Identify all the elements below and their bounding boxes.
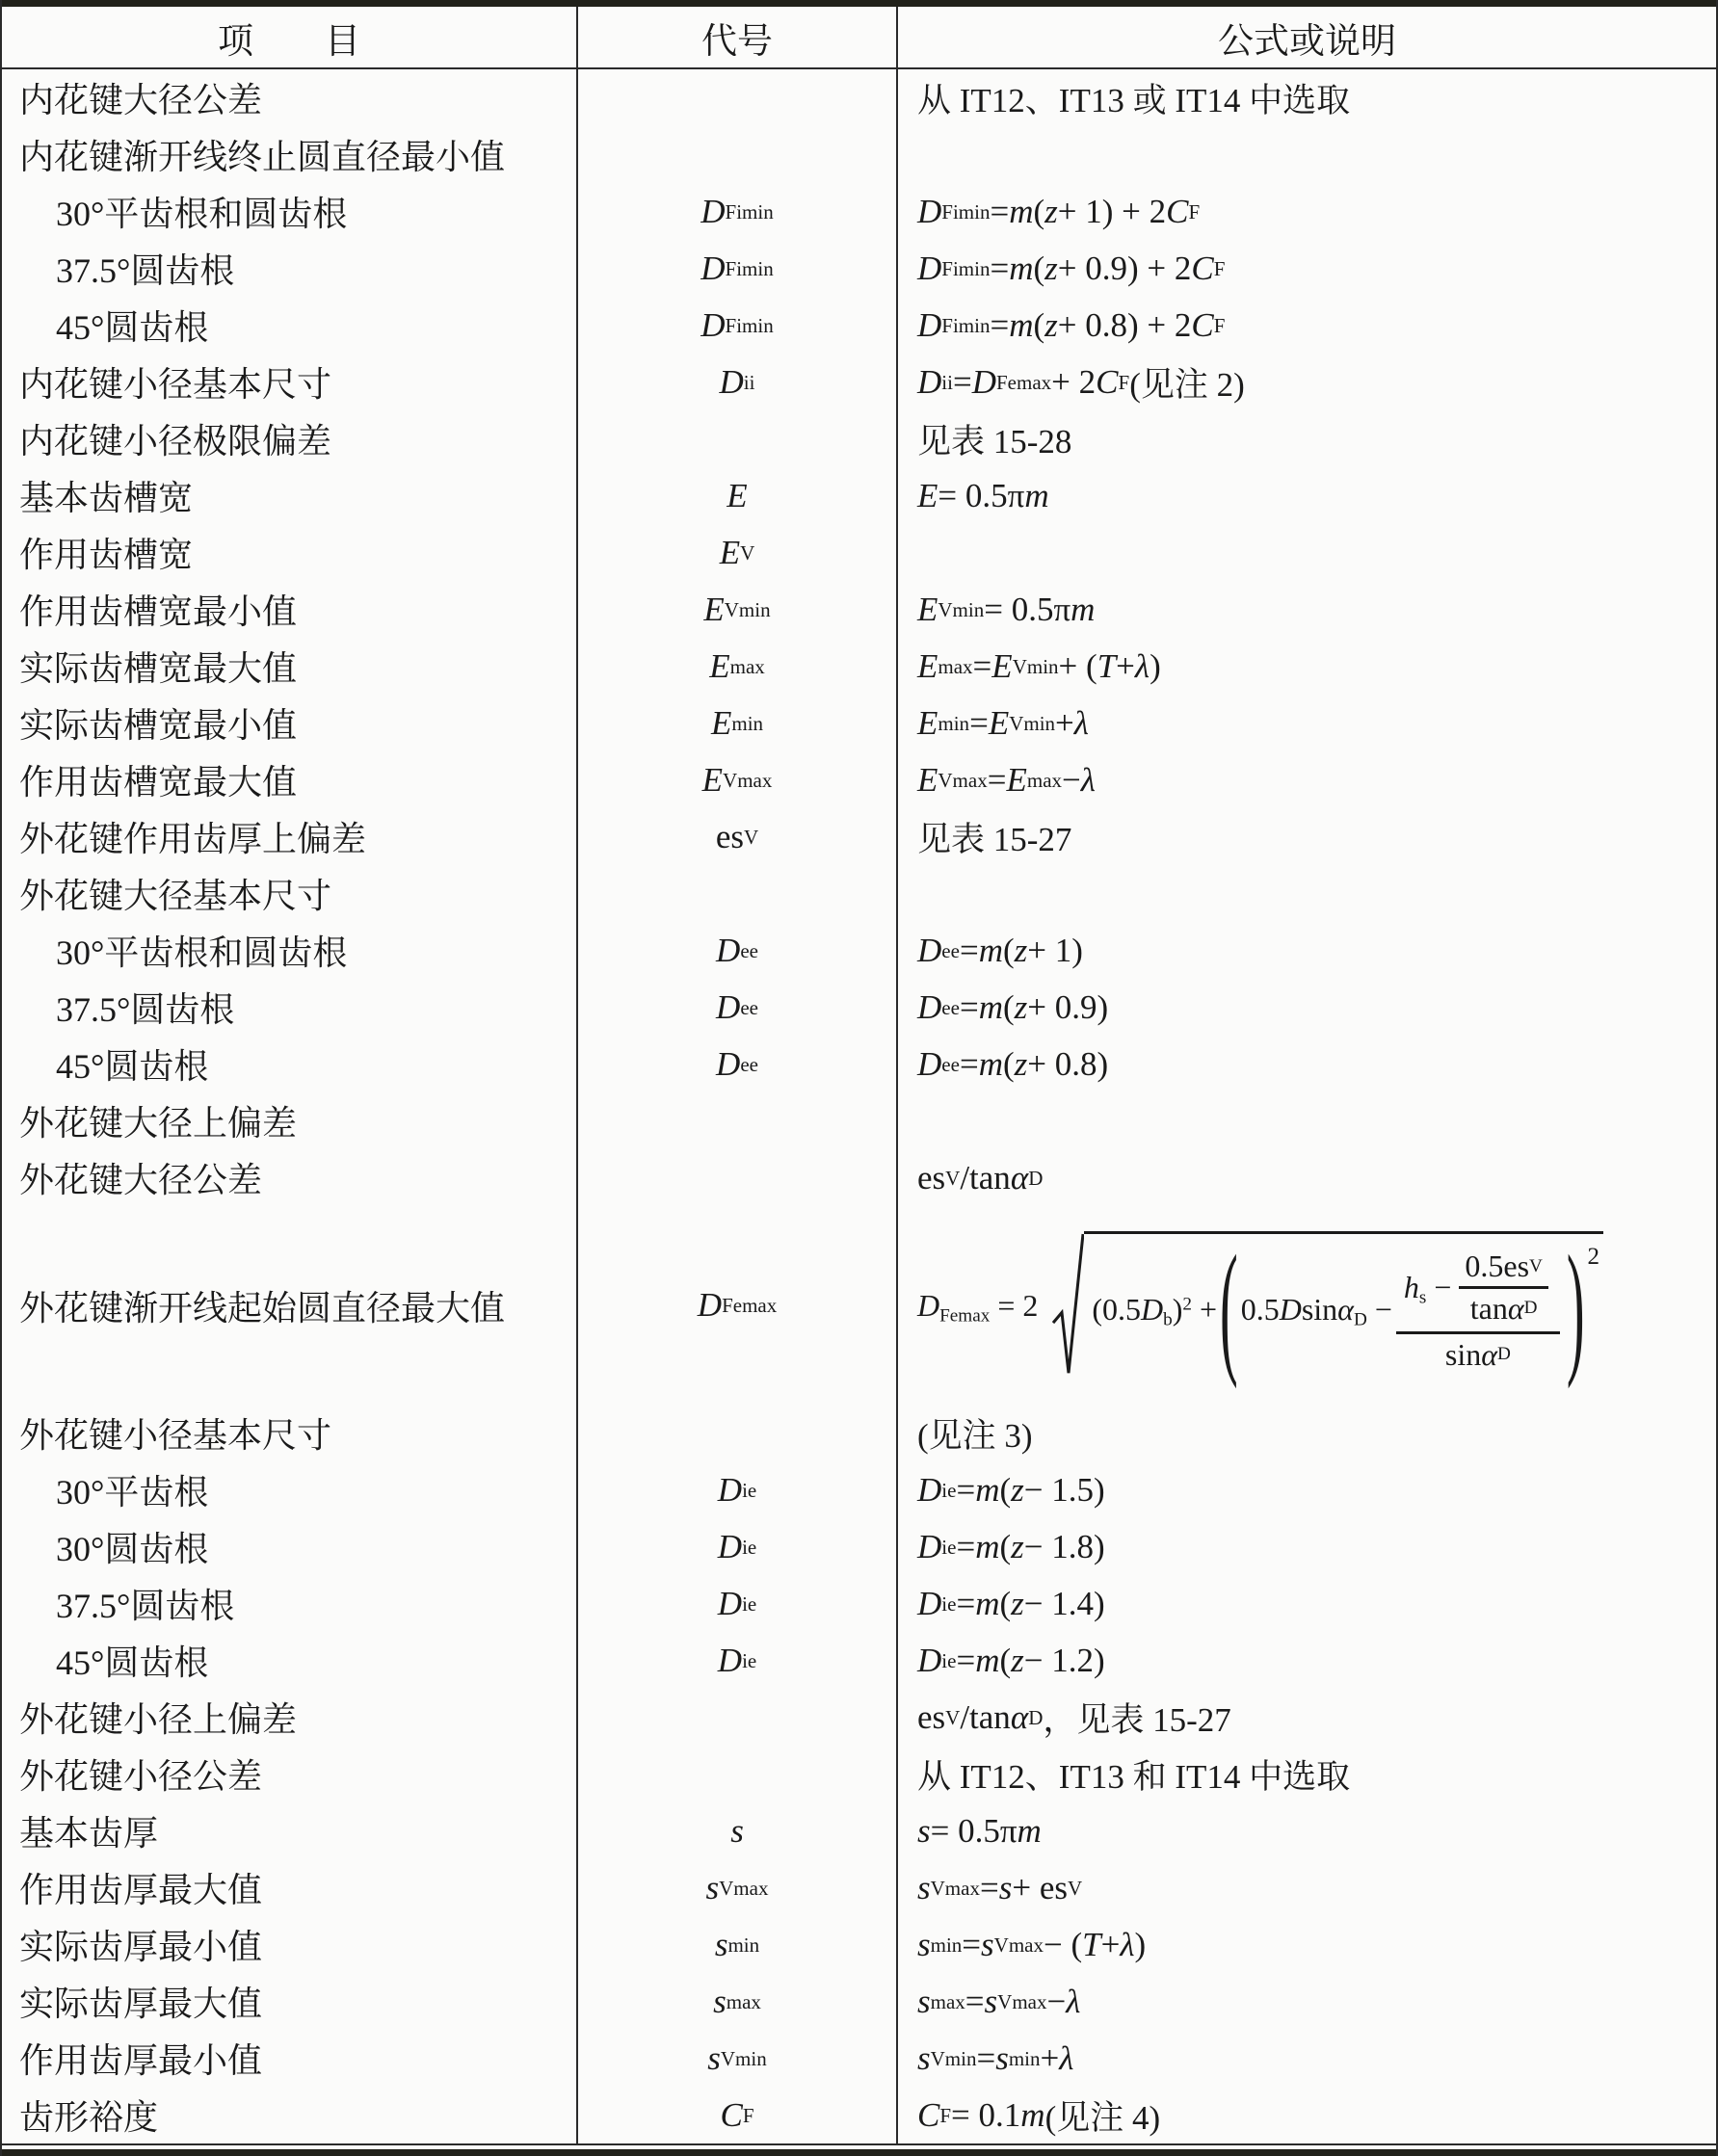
numerator-lead: hs − (1404, 1270, 1452, 1305)
symbol-cell: E (578, 467, 898, 524)
item-cell: 内花键小径基本尺寸 (2, 354, 578, 410)
symbol-cell (578, 1149, 898, 1206)
symbol-cell: smin (578, 1916, 898, 1973)
table-row: 37.5°圆齿根 Dee Dee = m(z + 0.9) (2, 979, 1716, 1036)
table-row: 内花键小径极限偏差 见表 15-28 (2, 410, 1716, 467)
formula-cell: DFimin = m(z + 1) + 2CF (898, 183, 1716, 240)
table-row: 30°圆齿根 Die Die = m(z − 1.8) (2, 1518, 1716, 1575)
radicand: (0.5Db)2 + ( 0.5DsinαD − hs − 0.5esV tan… (1084, 1231, 1603, 1379)
column-header-formula: 公式或说明 (898, 7, 1716, 67)
symbol-cell: DFimin (578, 183, 898, 240)
symbol-cell: DFimin (578, 240, 898, 297)
table-row: 37.5°圆齿根 Die Die = m(z − 1.4) (2, 1575, 1716, 1632)
formula-cell: DFemax = 2 (0.5Db)2 + ( 0.5DsinαD − hs −… (898, 1206, 1716, 1405)
symbol-cell: Dii (578, 354, 898, 410)
formula-cell: s = 0.5πm (898, 1802, 1716, 1859)
formula-cell: DFimin = m(z + 0.9) + 2CF (898, 240, 1716, 297)
symbol-cell (578, 1689, 898, 1746)
symbol-cell: sVmin (578, 2030, 898, 2087)
symbol-cell: Die (578, 1518, 898, 1575)
formula-cell: DFimin = m(z + 0.8) + 2CF (898, 297, 1716, 354)
outer-fraction: hs − 0.5esV tanαD sinαD (1396, 1244, 1560, 1375)
item-cell: 作用齿槽宽最小值 (2, 581, 578, 638)
item-cell: 外花键作用齿厚上偏差 (2, 808, 578, 865)
item-cell: 外花键大径公差 (2, 1149, 578, 1206)
bottom-thin-line (2, 2143, 1716, 2145)
item-cell: 作用齿厚最小值 (2, 2030, 578, 2087)
symbol-cell (578, 1405, 898, 1461)
item-cell: 37.5°圆齿根 (2, 979, 578, 1036)
spline-parameters-table: 项 目 代号 公式或说明 内花键大径公差 从 IT12、IT13 或 IT14 … (0, 0, 1718, 2156)
item-cell: 基本齿槽宽 (2, 467, 578, 524)
open-paren: ( (1220, 1235, 1238, 1383)
symbol-cell: EV (578, 524, 898, 581)
formula-cell: Dee = m(z + 0.8) (898, 1036, 1716, 1092)
item-cell: 30°平齿根和圆齿根 (2, 183, 578, 240)
table-row: 45°圆齿根 Dee Dee = m(z + 0.8) (2, 1036, 1716, 1092)
symbol-cell: Emax (578, 638, 898, 695)
table-row: 内花键大径公差 从 IT12、IT13 或 IT14 中选取 (2, 69, 1716, 126)
item-cell: 实际齿槽宽最小值 (2, 695, 578, 751)
nested-fraction-denominator: tanαD (1459, 1286, 1548, 1328)
table-row: 实际齿槽宽最小值 Emin Emin = EVmin + λ (2, 695, 1716, 751)
table-header: 项 目 代号 公式或说明 (2, 7, 1716, 69)
item-cell: 30°平齿根 (2, 1461, 578, 1518)
item-cell: 37.5°圆齿根 (2, 240, 578, 297)
formula-cell: esV/tanαD (898, 1149, 1716, 1206)
formula-lhs: DFemax = 2 (917, 1288, 1038, 1324)
symbol-cell: Dee (578, 979, 898, 1036)
formula-cell: sVmin = smin + λ (898, 2030, 1716, 2087)
table-row: 实际齿槽宽最大值 Emax Emax = EVmin + (T + λ) (2, 638, 1716, 695)
formula-cell: smin = sVmax − (T + λ) (898, 1916, 1716, 1973)
formula-cell: 见表 15-28 (898, 410, 1716, 467)
formula-cell: 从 IT12、IT13 或 IT14 中选取 (898, 69, 1716, 126)
outer-fraction-denominator: sinαD (1396, 1331, 1560, 1376)
item-cell: 外花键小径上偏差 (2, 1689, 578, 1746)
item-cell: 实际齿厚最小值 (2, 1916, 578, 1973)
symbol-cell (578, 410, 898, 467)
formula-cell: Die = m(z − 1.4) (898, 1575, 1716, 1632)
item-cell: 37.5°圆齿根 (2, 1575, 578, 1632)
formula-cell: Emin = EVmin + λ (898, 695, 1716, 751)
table-bottom-rule (2, 2143, 1716, 2156)
symbol-cell: DFemax (578, 1206, 898, 1405)
table-top-rule (2, 0, 1716, 7)
symbol-cell: esV (578, 808, 898, 865)
item-cell: 30°平齿根和圆齿根 (2, 922, 578, 979)
symbol-cell: Dee (578, 1036, 898, 1092)
radical-sign-icon (1051, 1231, 1084, 1379)
nested-fraction-numerator: 0.5esV (1459, 1247, 1548, 1286)
close-paren: ) (1567, 1235, 1585, 1383)
table-row: 作用齿槽宽最大值 EVmax EVmax = Emax − λ (2, 751, 1716, 808)
table-row: 30°平齿根 Die Die = m(z − 1.5) (2, 1461, 1716, 1518)
formula-cell: smax = sVmax − λ (898, 1973, 1716, 2030)
symbol-cell (578, 69, 898, 126)
formula-cell: EVmin = 0.5πm (898, 581, 1716, 638)
table-row: 外花键大径上偏差 (2, 1092, 1716, 1149)
symbol-cell: Dee (578, 922, 898, 979)
item-cell: 内花键小径极限偏差 (2, 410, 578, 467)
formula-cell (898, 1092, 1716, 1149)
symbol-cell: Die (578, 1461, 898, 1518)
table-row: 45°圆齿根 Die Die = m(z − 1.2) (2, 1632, 1716, 1689)
formula-cell: Dee = m(z + 0.9) (898, 979, 1716, 1036)
term-db-squared: (0.5Db)2 + (1092, 1292, 1217, 1328)
item-cell: 外花键大径上偏差 (2, 1092, 578, 1149)
symbol-cell: EVmax (578, 751, 898, 808)
item-cell: 45°圆齿根 (2, 1036, 578, 1092)
formula-cell: E = 0.5πm (898, 467, 1716, 524)
column-header-symbol: 代号 (578, 7, 898, 67)
table-row: 外花键作用齿厚上偏差 esV 见表 15-27 (2, 808, 1716, 865)
symbol-cell: DFimin (578, 297, 898, 354)
table-row: 外花键大径基本尺寸 (2, 865, 1716, 922)
table-row: 内花键渐开线终止圆直径最小值 (2, 126, 1716, 183)
inner-expression: 0.5DsinαD − hs − 0.5esV tanαD sinαD (1241, 1244, 1564, 1375)
item-cell: 作用齿厚最大值 (2, 1859, 578, 1916)
table-row: 实际齿厚最小值 smin smin = sVmax − (T + λ) (2, 1916, 1716, 1973)
item-cell: 外花键小径公差 (2, 1746, 578, 1802)
formula-cell: Die = m(z − 1.8) (898, 1518, 1716, 1575)
item-cell: 外花键渐开线起始圆直径最大值 (2, 1206, 578, 1405)
table-body: 内花键大径公差 从 IT12、IT13 或 IT14 中选取 内花键渐开线终止圆… (2, 69, 1716, 2143)
formula-cell: esV/tanαD，见表 15-27 (898, 1689, 1716, 1746)
item-cell: 内花键渐开线终止圆直径最小值 (2, 126, 578, 183)
table-row: 外花键小径基本尺寸 (见注 3) (2, 1405, 1716, 1461)
item-cell: 基本齿厚 (2, 1802, 578, 1859)
table-row: 作用齿槽宽 EV (2, 524, 1716, 581)
formula-cell: sVmax = s + esV (898, 1859, 1716, 1916)
table-row: 内花键小径基本尺寸 Dii Dii = DFemax + 2CF(见注 2) (2, 354, 1716, 410)
table-row: 45°圆齿根 DFimin DFimin = m(z + 0.8) + 2CF (2, 297, 1716, 354)
item-cell: 外花键小径基本尺寸 (2, 1405, 578, 1461)
table-row: 作用齿槽宽最小值 EVmin EVmin = 0.5πm (2, 581, 1716, 638)
bottom-thick-line (2, 2149, 1716, 2156)
table-row: 30°平齿根和圆齿根 Dee Dee = m(z + 1) (2, 922, 1716, 979)
table-row: 外花键渐开线起始圆直径最大值 DFemax DFemax = 2 (0.5Db)… (2, 1206, 1716, 1405)
formula-cell: Die = m(z − 1.5) (898, 1461, 1716, 1518)
symbol-cell: Emin (578, 695, 898, 751)
item-cell: 实际齿槽宽最大值 (2, 638, 578, 695)
item-cell: 实际齿厚最大值 (2, 1973, 578, 2030)
item-cell: 齿形裕度 (2, 2087, 578, 2143)
symbol-cell: Die (578, 1632, 898, 1689)
formula-cell: Dii = DFemax + 2CF(见注 2) (898, 354, 1716, 410)
table-row: 基本齿槽宽 E E = 0.5πm (2, 467, 1716, 524)
symbol-cell: smax (578, 1973, 898, 2030)
item-cell: 作用齿槽宽 (2, 524, 578, 581)
formula-cell: EVmax = Emax − λ (898, 751, 1716, 808)
symbol-cell: Die (578, 1575, 898, 1632)
sqrt-expression: (0.5Db)2 + ( 0.5DsinαD − hs − 0.5esV tan… (1051, 1231, 1603, 1379)
table-row: 外花键大径公差 esV/tanαD (2, 1149, 1716, 1206)
formula-cell (898, 524, 1716, 581)
table-row: 实际齿厚最大值 smax smax = sVmax − λ (2, 1973, 1716, 2030)
table-row: 30°平齿根和圆齿根 DFimin DFimin = m(z + 1) + 2C… (2, 183, 1716, 240)
formula-cell: CF = 0.1m(见注 4) (898, 2087, 1716, 2143)
column-header-item: 项 目 (2, 7, 578, 67)
table-row: 外花键小径公差 从 IT12、IT13 和 IT14 中选取 (2, 1746, 1716, 1802)
formula-cell: (见注 3) (898, 1405, 1716, 1461)
formula-cell: Dee = m(z + 1) (898, 922, 1716, 979)
item-cell: 30°圆齿根 (2, 1518, 578, 1575)
symbol-cell (578, 1746, 898, 1802)
table-row: 作用齿厚最大值 sVmax sVmax = s + esV (2, 1859, 1716, 1916)
formula-cell: 见表 15-27 (898, 808, 1716, 865)
item-cell: 作用齿槽宽最大值 (2, 751, 578, 808)
big-formula: DFemax = 2 (0.5Db)2 + ( 0.5DsinαD − hs −… (917, 1231, 1603, 1379)
symbol-cell: sVmax (578, 1859, 898, 1916)
formula-cell: 从 IT12、IT13 和 IT14 中选取 (898, 1746, 1716, 1802)
formula-cell (898, 126, 1716, 183)
table-row: 外花键小径上偏差 esV/tanαD，见表 15-27 (2, 1689, 1716, 1746)
item-cell: 内花键大径公差 (2, 69, 578, 126)
symbol-cell (578, 1092, 898, 1149)
scanned-table-page: 项 目 代号 公式或说明 内花键大径公差 从 IT12、IT13 或 IT14 … (0, 0, 1718, 2156)
term-inner-lead: 0.5DsinαD − (1241, 1292, 1392, 1328)
item-cell: 45°圆齿根 (2, 297, 578, 354)
formula-cell (898, 865, 1716, 922)
symbol-cell (578, 865, 898, 922)
symbol-cell (578, 126, 898, 183)
table-row: 37.5°圆齿根 DFimin DFimin = m(z + 0.9) + 2C… (2, 240, 1716, 297)
symbol-cell: s (578, 1802, 898, 1859)
item-cell: 45°圆齿根 (2, 1632, 578, 1689)
formula-cell: Emax = EVmin + (T + λ) (898, 638, 1716, 695)
table-row: 作用齿厚最小值 sVmin sVmin = smin + λ (2, 2030, 1716, 2087)
symbol-cell: CF (578, 2087, 898, 2143)
item-cell: 外花键大径基本尺寸 (2, 865, 578, 922)
nested-fraction: 0.5esV tanαD (1459, 1247, 1548, 1328)
outer-fraction-numerator: hs − 0.5esV tanαD (1396, 1244, 1560, 1331)
table-row: 齿形裕度 CF CF = 0.1m(见注 4) (2, 2087, 1716, 2143)
table-row: 基本齿厚 s s = 0.5πm (2, 1802, 1716, 1859)
formula-cell: Die = m(z − 1.2) (898, 1632, 1716, 1689)
outer-exponent: 2 (1588, 1244, 1600, 1272)
symbol-cell: EVmin (578, 581, 898, 638)
